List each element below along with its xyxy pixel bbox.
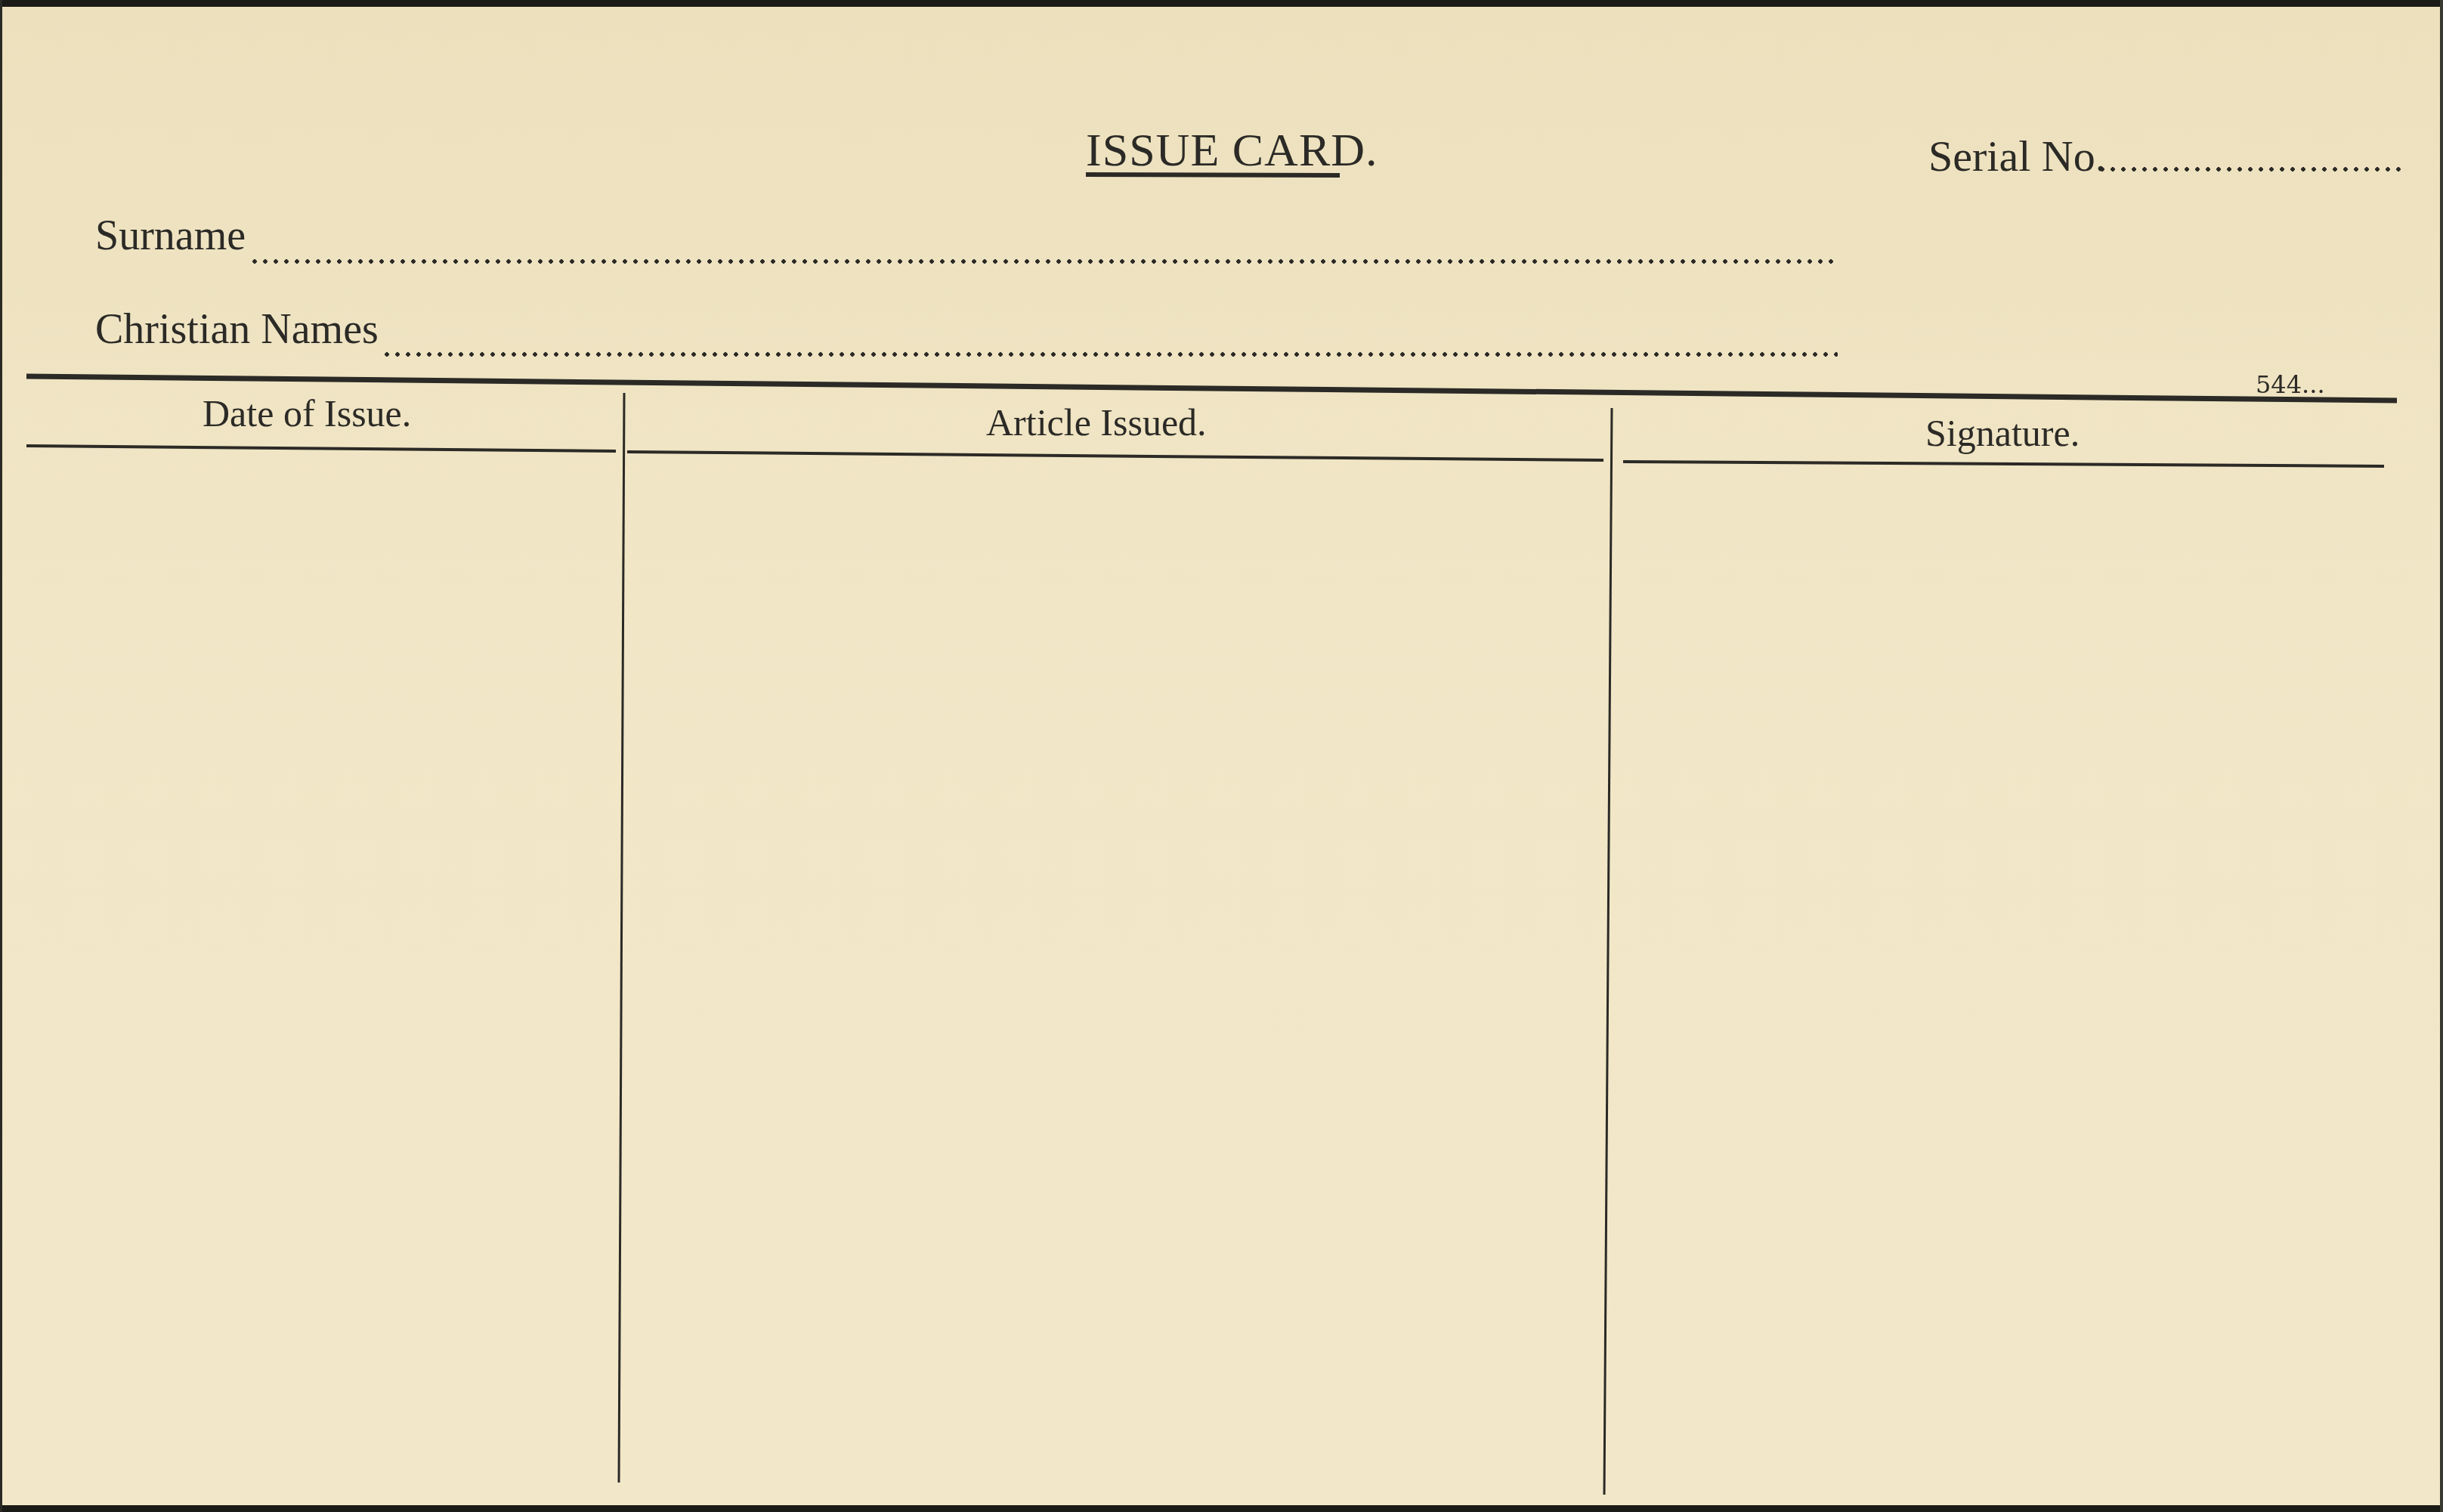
issue-card: ISSUE CARD. Serial No. Surname Christian… xyxy=(0,0,2443,1512)
column-divider-1 xyxy=(619,393,624,1483)
serial-number-label: Serial No. xyxy=(1928,135,2106,178)
serial-number-field[interactable] xyxy=(2097,166,2401,172)
surname-field[interactable] xyxy=(249,258,1838,264)
signature-header-underline xyxy=(1623,462,2384,466)
form-number: 544... xyxy=(2256,373,2325,397)
card-title: ISSUE CARD. xyxy=(1086,127,1378,174)
column-header-date-of-issue: Date of Issue. xyxy=(203,394,411,432)
column-divider-2 xyxy=(1604,408,1612,1495)
date-header-underline xyxy=(26,446,616,451)
article-issued-column[interactable] xyxy=(627,462,1602,1490)
surname-label: Surname xyxy=(95,215,246,257)
signature-column[interactable] xyxy=(1617,468,2395,1496)
christian-names-label: Christian Names xyxy=(95,308,379,351)
date-of-issue-column[interactable] xyxy=(26,453,616,1481)
column-header-article-issued: Article Issued. xyxy=(986,404,1207,441)
column-header-signature: Signature. xyxy=(1925,414,2080,452)
article-header-underline xyxy=(627,452,1603,460)
christian-names-field[interactable] xyxy=(382,351,1838,357)
